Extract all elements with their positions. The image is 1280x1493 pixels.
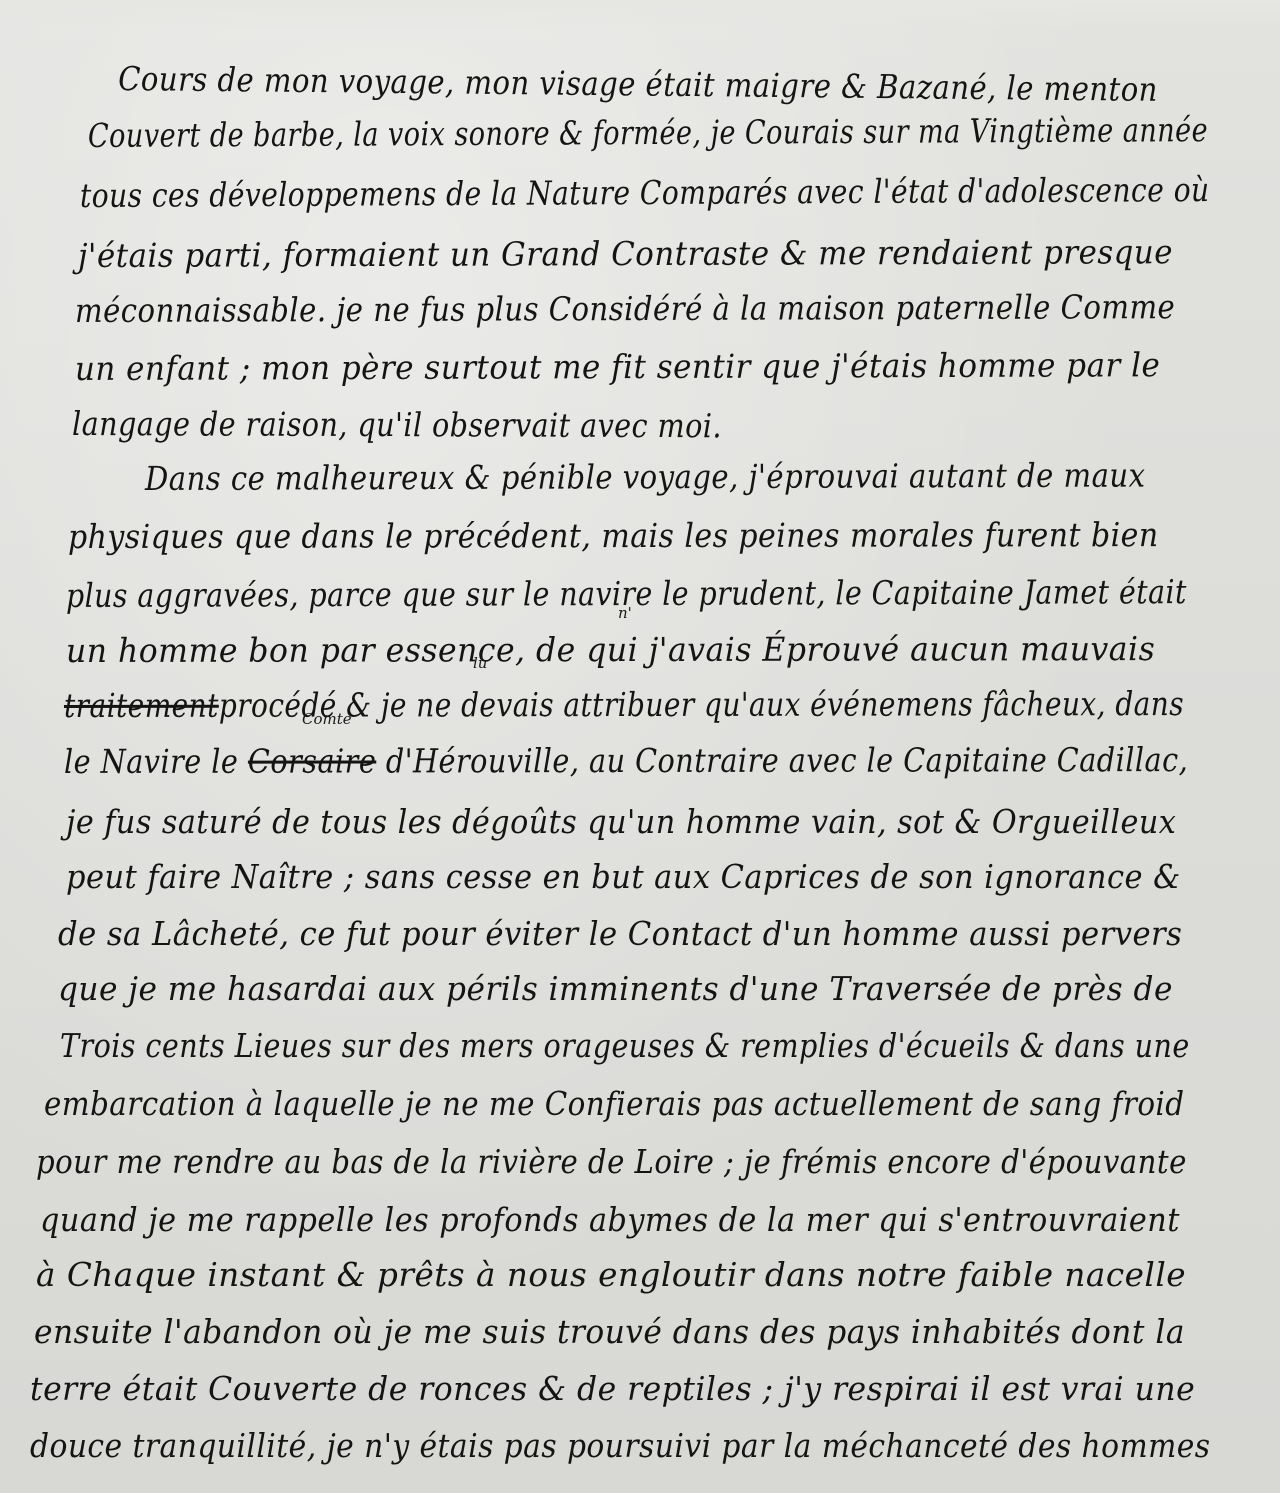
interlinear-insertion: lu	[473, 654, 487, 672]
manuscript-line: de sa Lâcheté, ce fut pour éviter le Con…	[58, 914, 1182, 953]
line-text: douce tranquillité, je n'y étais pas pou…	[30, 1426, 1211, 1465]
manuscript-line: douce tranquillité, je n'y étais pas pou…	[30, 1426, 1211, 1465]
manuscript-text-block: Cours de mon voyage, mon visage était ma…	[0, 0, 1280, 1493]
manuscript-line: à Chaque instant & prêts à nous englouti…	[36, 1255, 1186, 1294]
manuscript-line: Dans ce malheureux & pénible voyage, j'é…	[145, 456, 1146, 498]
manuscript-line: physiques que dans le précédent, mais le…	[68, 515, 1159, 556]
manuscript-line: langage de raison, qu'il observait avec …	[72, 404, 722, 445]
line-text: peut faire Naître ; sans cesse en but au…	[66, 857, 1181, 896]
manuscript-line: Cours de mon voyage, mon visage était ma…	[118, 59, 1158, 109]
manuscript-line: tous ces développemens de la Nature Comp…	[80, 170, 1210, 215]
struck-word: traitement	[64, 686, 219, 725]
manuscript-line: méconnaissable. je ne fus plus Considéré…	[75, 287, 1175, 330]
line-text: méconnaissable. je ne fus plus Considéré…	[75, 287, 1175, 330]
manuscript-line: un enfant ; mon père surtout me fit sent…	[75, 345, 1160, 388]
line-text: langage de raison, qu'il observait avec …	[72, 404, 722, 445]
manuscript-line: peut faire Naître ; sans cesse en but au…	[66, 857, 1181, 896]
line-text: Couvert de barbe, la voix sonore & formé…	[88, 110, 1208, 155]
line-text: j'étais parti, formaient un Grand Contra…	[78, 232, 1173, 275]
manuscript-line: embarcation à laquelle je ne me Confiera…	[44, 1084, 1184, 1123]
manuscript-line: quand je me rappelle les profonds abymes…	[40, 1200, 1180, 1239]
line-text: pour me rendre au bas de la rivière de L…	[36, 1142, 1187, 1181]
manuscript-line: Couvert de barbe, la voix sonore & formé…	[88, 110, 1208, 155]
line-text: à Chaque instant & prêts à nous englouti…	[36, 1255, 1186, 1294]
line-text: le Navire le	[64, 742, 248, 781]
manuscript-line: je fus saturé de tous les dégoûts qu'un …	[66, 802, 1176, 841]
line-text: d'Hérouville, au Contraire avec le Capit…	[376, 740, 1188, 780]
line-text: Dans ce malheureux & pénible voyage, j'é…	[145, 456, 1146, 498]
line-text: terre était Couverte de ronces & de rept…	[30, 1369, 1195, 1408]
manuscript-line: j'étais parti, formaient un Grand Contra…	[78, 232, 1173, 275]
line-text: procédé & je ne devais attribuer qu'aux …	[219, 684, 1184, 725]
manuscript-line: pour me rendre au bas de la rivière de L…	[36, 1142, 1187, 1181]
line-text: physiques que dans le précédent, mais le…	[68, 515, 1159, 556]
manuscript-line: ensuite l'abandon où je me suis trouvé d…	[34, 1312, 1185, 1351]
interlinear-insertion: Comte	[302, 710, 352, 728]
manuscript-line: Trois cents Lieues sur des mers orageuse…	[60, 1026, 1190, 1065]
struck-word: Corsaire	[248, 741, 376, 780]
line-text: que je me hasardai aux périls imminents …	[58, 969, 1173, 1008]
manuscript-line: terre était Couverte de ronces & de rept…	[30, 1369, 1195, 1408]
line-text: un enfant ; mon père surtout me fit sent…	[75, 345, 1160, 388]
line-text: de sa Lâcheté, ce fut pour éviter le Con…	[58, 914, 1182, 953]
line-text: Cours de mon voyage, mon visage était ma…	[118, 59, 1158, 109]
manuscript-line: un homme bon par essence, de qui j'avais…	[66, 629, 1155, 670]
manuscript-line: que je me hasardai aux périls imminents …	[58, 969, 1173, 1008]
line-text: embarcation à laquelle je ne me Confiera…	[44, 1084, 1184, 1123]
manuscript-line: traitementprocédé & je ne devais attribu…	[64, 684, 1184, 725]
manuscript-line: le Navire le Corsaire d'Hérouville, au C…	[64, 740, 1188, 781]
manuscript-page: Cours de mon voyage, mon visage était ma…	[0, 0, 1280, 1493]
line-text: Trois cents Lieues sur des mers orageuse…	[60, 1026, 1190, 1065]
line-text: je fus saturé de tous les dégoûts qu'un …	[66, 802, 1176, 841]
line-text: quand je me rappelle les profonds abymes…	[40, 1200, 1180, 1239]
line-text: tous ces développemens de la Nature Comp…	[80, 170, 1210, 215]
interlinear-insertion: n'	[618, 604, 632, 622]
line-text: ensuite l'abandon où je me suis trouvé d…	[34, 1312, 1185, 1351]
line-text: un homme bon par essence, de qui j'avais…	[66, 629, 1155, 670]
